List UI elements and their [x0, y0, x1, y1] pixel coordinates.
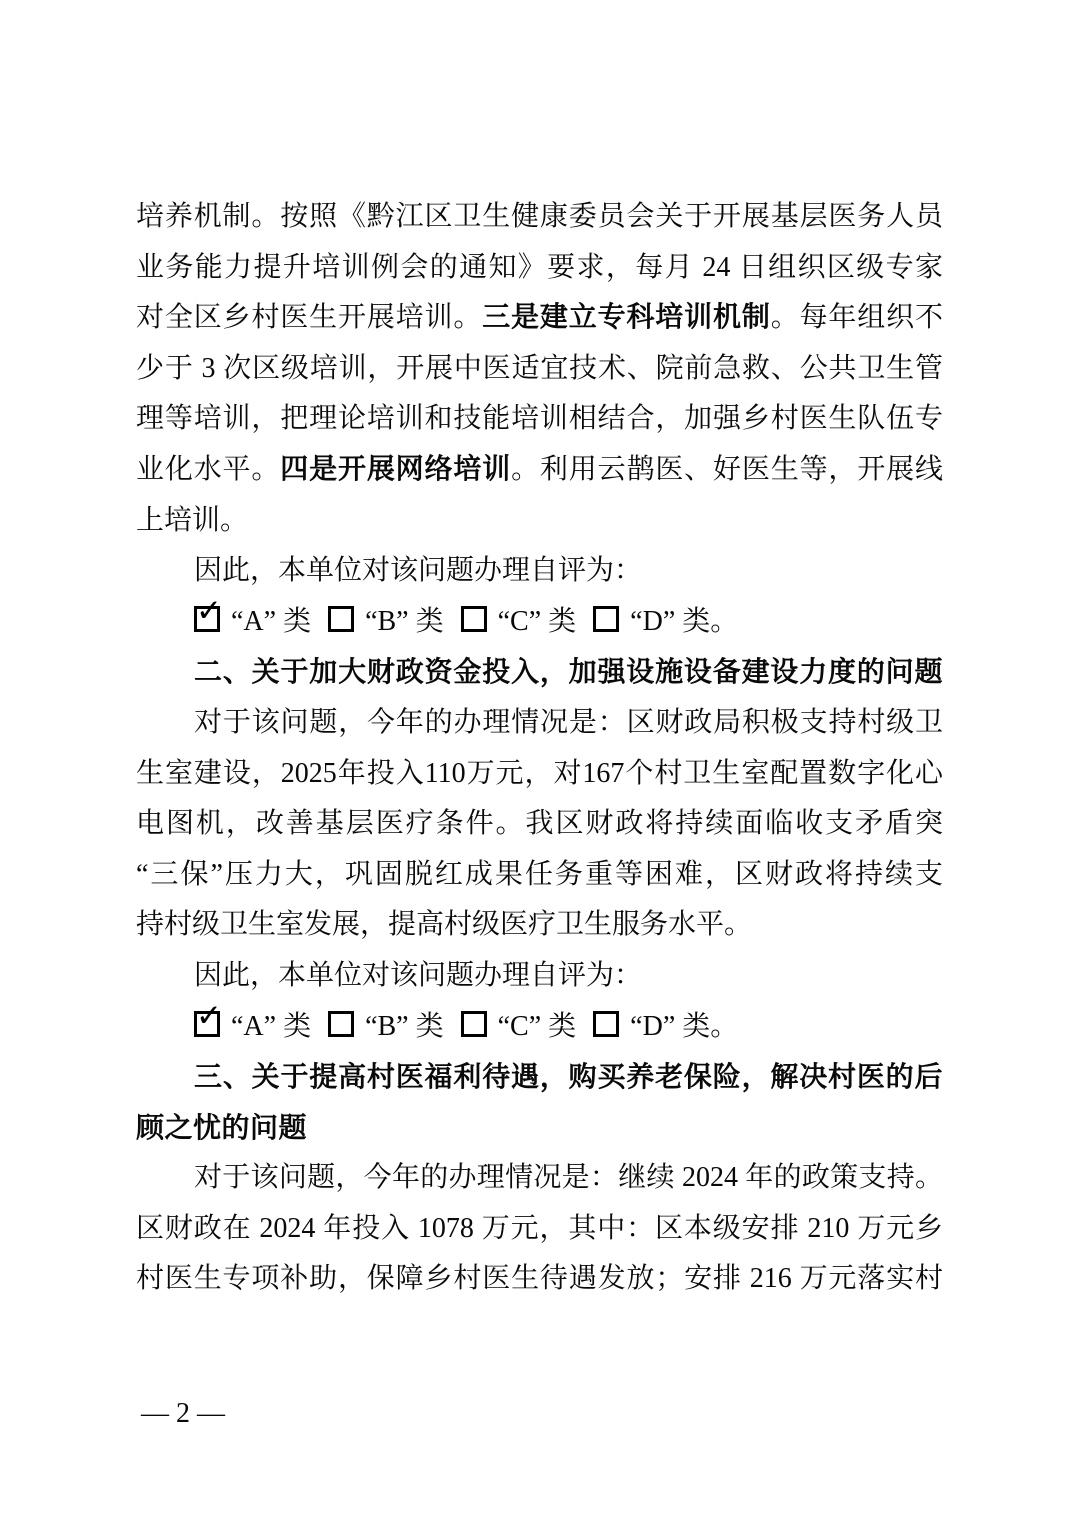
section-heading-3-line-2: 顾之忧的问题: [136, 1103, 943, 1154]
self-rating-checkbox-row: ✓“A” 类“B” 类“C” 类“D” 类。: [136, 1002, 943, 1053]
section-heading-2: 二、关于加大财政资金投入，加强设施设备建设力度的问题: [136, 647, 943, 698]
document-page: 培养机制。按照《黔江区卫生健康委员会关于开展基层医务人员业务能力提升培训例会的通…: [0, 0, 1074, 1520]
body-line: 对全区乡村医生开展培训。三是建立专科培训机制。每年组织不: [136, 293, 943, 344]
checkbox-checked-icon: ✓: [194, 1011, 220, 1037]
body-line: 业化水平。四是开展网络培训。利用云鹊医、好医生等，开展线: [136, 445, 943, 496]
checkbox-label: “A” 类: [231, 606, 311, 637]
text-segment: 上培训。: [136, 505, 248, 536]
text-segment: 业务能力提升培训例会的通知》要求，每月 24 日组织区级专家: [136, 252, 943, 283]
body-line: 电图机，改善基层医疗条件。我区财政将持续面临收支矛盾突出，: [136, 799, 943, 850]
text-segment: 对全区乡村医生开展培训。: [136, 302, 482, 333]
body-line: 对于该问题，今年的办理情况是：继续 2024 年的政策支持。: [136, 1153, 943, 1204]
self-rating-checkbox-row: ✓“A” 类“B” 类“C” 类“D” 类。: [136, 597, 943, 648]
body-line: 区财政在 2024 年投入 1078 万元，其中：区本级安排 210 万元乡: [136, 1204, 943, 1255]
text-segment: 业化水平。: [136, 454, 280, 485]
section-heading-3-line-1: 三、关于提高村医福利待遇，购买养老保险，解决村医的后: [136, 1052, 943, 1103]
checkbox-label: “B” 类: [365, 1011, 444, 1042]
emphasis-text: 三、关于提高村医福利待遇，购买养老保险，解决村医的后: [194, 1061, 943, 1092]
checkbox-unchecked-icon: [593, 1011, 619, 1037]
checkmark-icon: ✓: [196, 597, 222, 627]
checkbox-label: “C” 类: [498, 606, 577, 637]
text-segment: 因此，本单位对该问题办理自评为：: [194, 960, 642, 991]
text-segment: 对于该问题，今年的办理情况是：区财政局积极支持村级卫: [194, 707, 943, 738]
checkbox-label: “D” 类: [630, 606, 710, 637]
text-segment: “三保”压力大，巩固脱红成果任务重等困难，区财政将持续支: [136, 859, 943, 890]
body-line: 理等培训，把理论培训和技能培训相结合，加强乡村医生队伍专: [136, 394, 943, 445]
checkbox-unchecked-icon: [328, 606, 354, 632]
text-segment: 少于 3 次区级培训，开展中医适宜技术、院前急救、公共卫生管: [136, 353, 943, 384]
text-segment: 生室建设，2025年投入110万元，对167个村卫生室配置数字化心: [136, 758, 943, 789]
text-segment: 区财政在 2024 年投入 1078 万元，其中：区本级安排 210 万元乡: [136, 1213, 943, 1244]
body-line: 对于该问题，今年的办理情况是：区财政局积极支持村级卫: [136, 698, 943, 749]
text-segment: 对于该问题，今年的办理情况是：继续 2024 年的政策支持。: [194, 1162, 943, 1193]
checkbox-unchecked-icon: [461, 1011, 487, 1037]
body-line: 培养机制。按照《黔江区卫生健康委员会关于开展基层医务人员: [136, 192, 943, 243]
emphasis-text: 顾之忧的问题: [136, 1112, 307, 1143]
text-segment: 培养机制。按照《黔江区卫生健康委员会关于开展基层医务人员: [136, 201, 943, 232]
checkbox-label: “B” 类: [365, 606, 444, 637]
sentence-period: 。: [710, 606, 738, 637]
text-segment: 因此，本单位对该问题办理自评为：: [194, 555, 642, 586]
body-line: 村医生专项补助，保障乡村医生待遇发放；安排 216 万元落实村: [136, 1254, 943, 1305]
text-segment: 。利用云鹊医、好医生等，开展线: [511, 454, 943, 485]
page-number: — 2 —: [141, 1396, 225, 1432]
checkbox-label: “C” 类: [498, 1011, 577, 1042]
body-line: “三保”压力大，巩固脱红成果任务重等困难，区财政将持续支: [136, 850, 943, 901]
checkbox-checked-icon: ✓: [194, 606, 220, 632]
emphasis-text: 四是开展网络培训: [280, 454, 511, 485]
text-segment: 理等培训，把理论培训和技能培训相结合，加强乡村医生队伍专: [136, 403, 943, 434]
checkbox-label: “A” 类: [231, 1011, 311, 1042]
self-rating-intro-line: 因此，本单位对该问题办理自评为：: [136, 546, 943, 597]
emphasis-text: 二、关于加大财政资金投入，加强设施设备建设力度的问题: [194, 656, 943, 687]
body-line: 上培训。: [136, 496, 943, 547]
emphasis-text: 三是建立专科培训机制: [482, 302, 771, 333]
document-body: 培养机制。按照《黔江区卫生健康委员会关于开展基层医务人员业务能力提升培训例会的通…: [136, 192, 943, 1305]
sentence-period: 。: [710, 1011, 738, 1042]
text-segment: 。每年组织不: [771, 302, 943, 333]
checkmark-icon: ✓: [196, 1002, 222, 1032]
body-line: 生室建设，2025年投入110万元，对167个村卫生室配置数字化心: [136, 749, 943, 800]
text-segment: 持村级卫生室发展，提高村级医疗卫生服务水平。: [136, 909, 752, 940]
text-segment: 村医生专项补助，保障乡村医生待遇发放；安排 216 万元落实村: [136, 1263, 943, 1294]
body-line: 少于 3 次区级培训，开展中医适宜技术、院前急救、公共卫生管: [136, 344, 943, 395]
checkbox-unchecked-icon: [461, 606, 487, 632]
checkbox-label: “D” 类: [630, 1011, 710, 1042]
checkbox-unchecked-icon: [593, 606, 619, 632]
body-line: 业务能力提升培训例会的通知》要求，每月 24 日组织区级专家: [136, 243, 943, 294]
text-segment: 电图机，改善基层医疗条件。我区财政将持续面临收支矛盾突出，: [136, 808, 943, 850]
body-line: 持村级卫生室发展，提高村级医疗卫生服务水平。: [136, 900, 943, 951]
checkbox-unchecked-icon: [328, 1011, 354, 1037]
self-rating-intro-line: 因此，本单位对该问题办理自评为：: [136, 951, 943, 1002]
